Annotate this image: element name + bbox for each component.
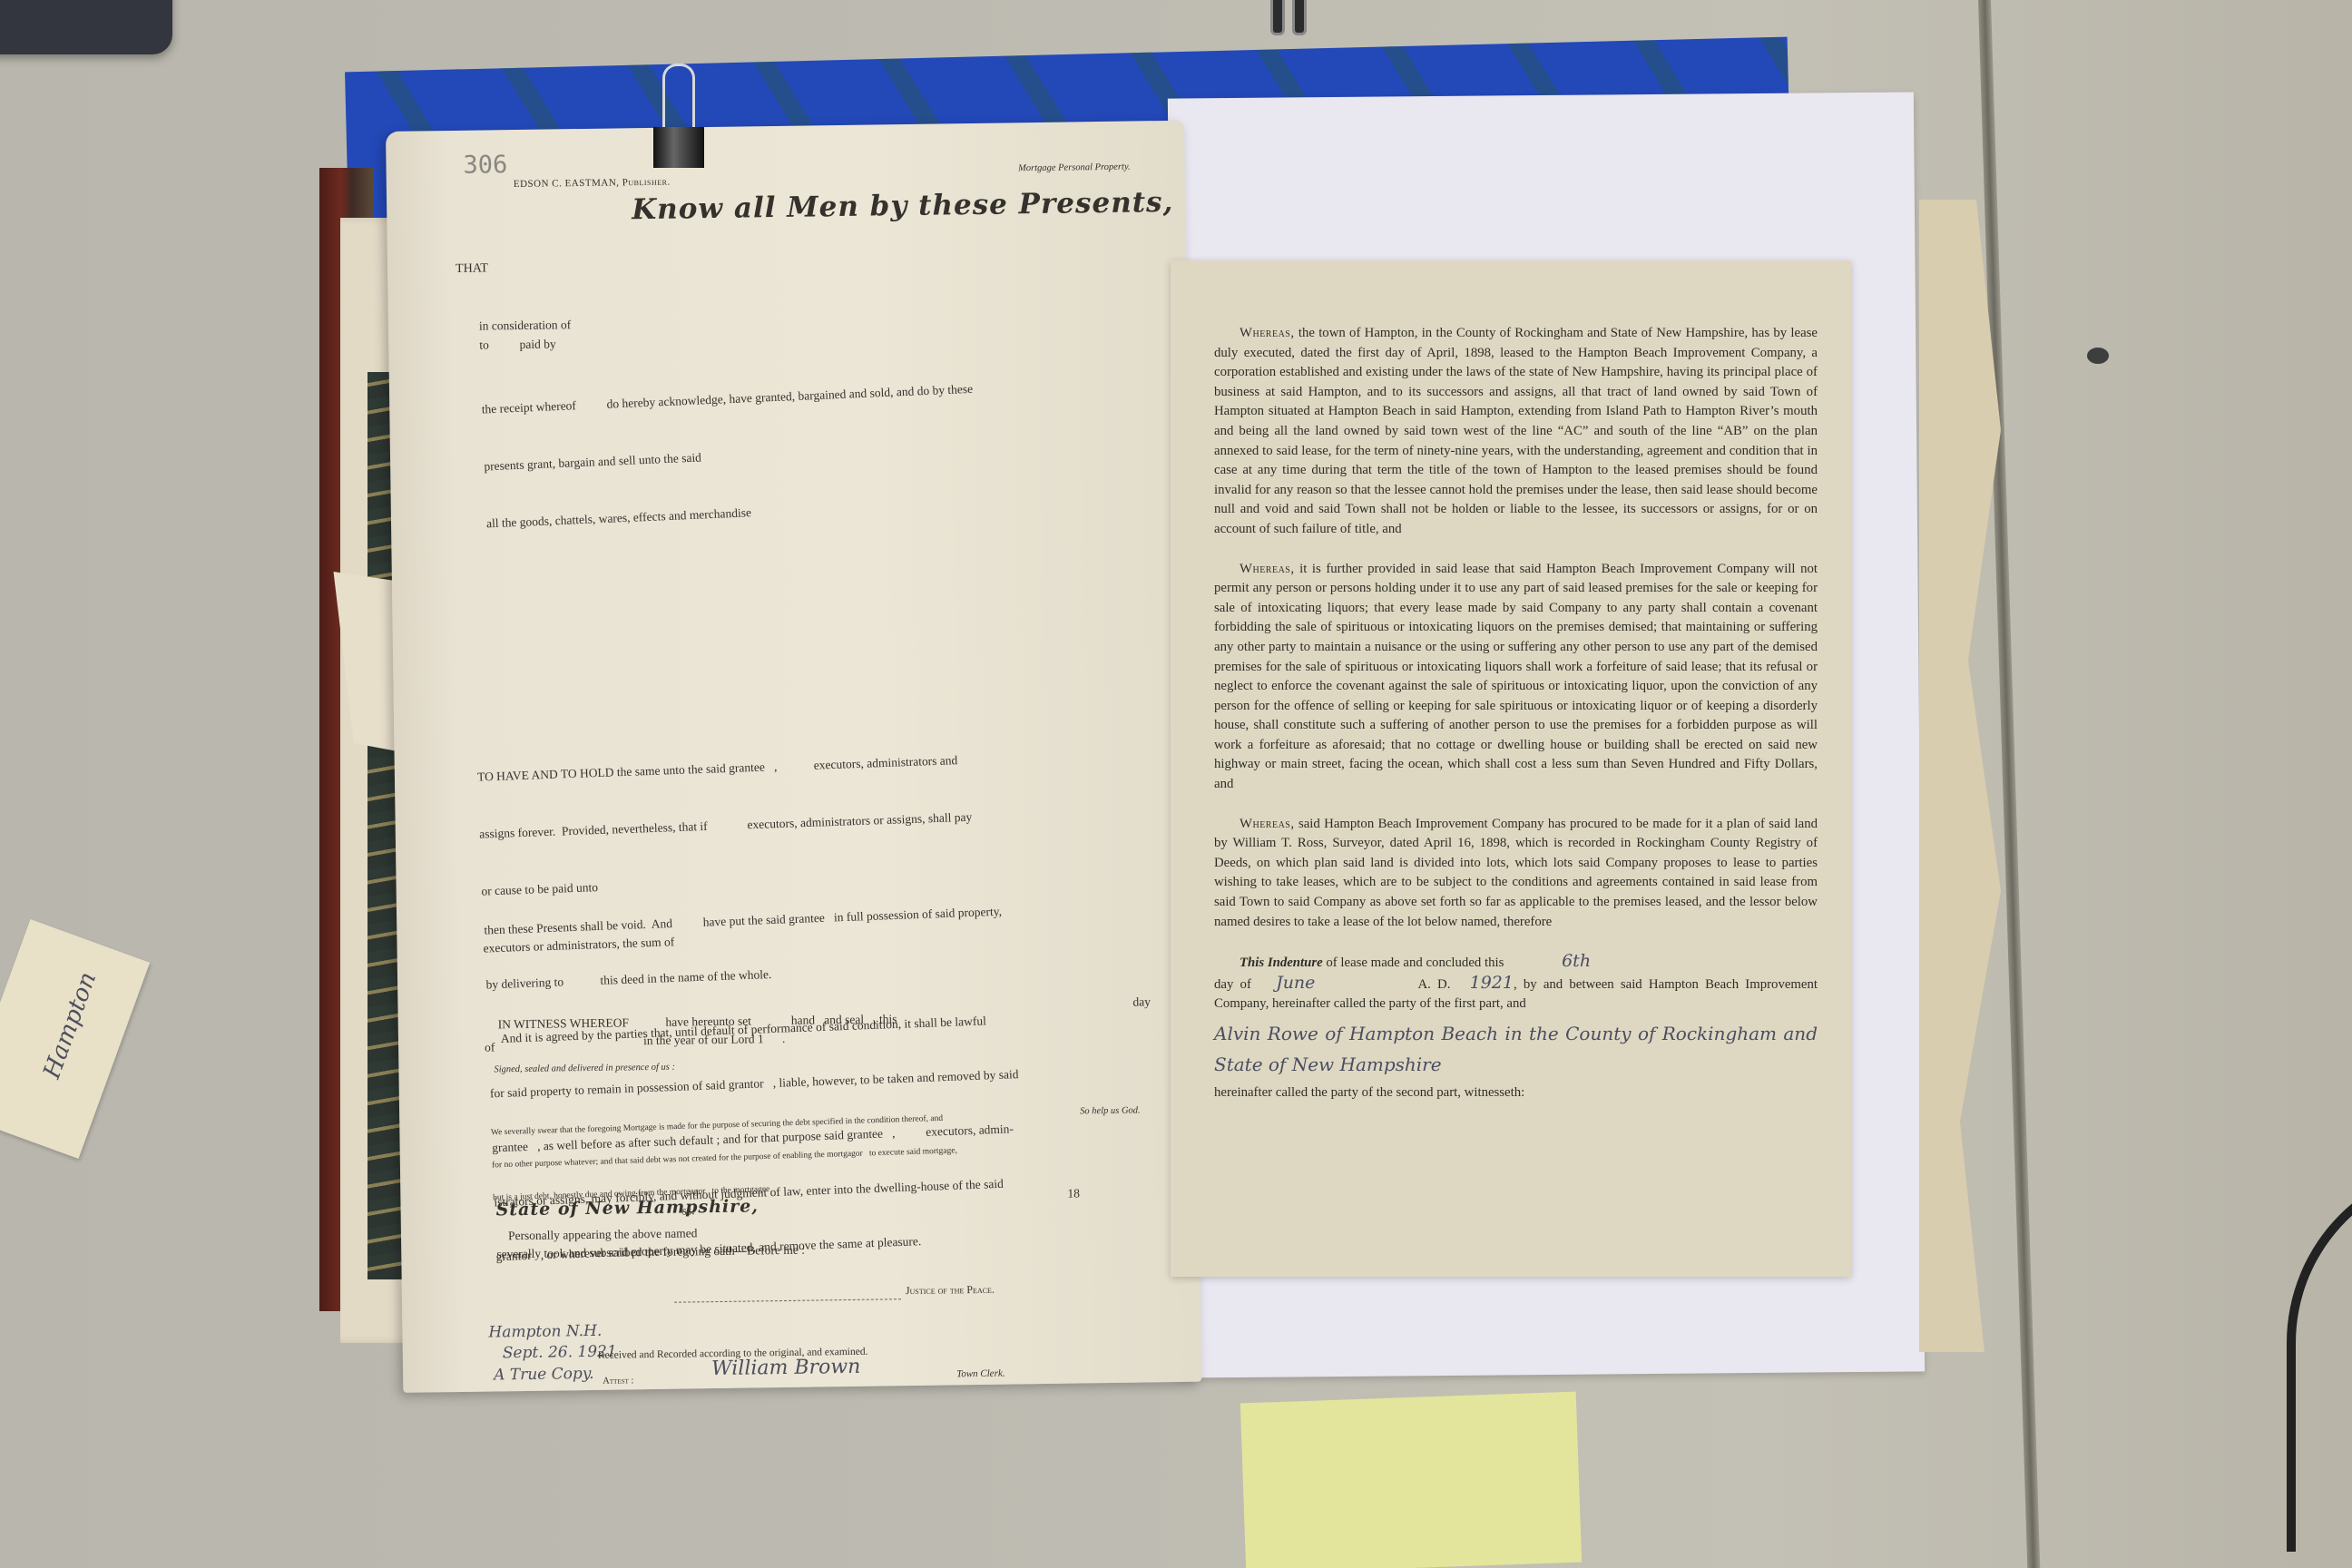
binder-clip-top [1270,0,1370,36]
right-page: Whereas, the town of Hampton, in the Cou… [1171,260,1851,1277]
form-type: Mortgage Personal Property. [1018,158,1131,179]
whereas-lead: Whereas, [1240,562,1295,576]
justice-signature-line [674,1286,901,1302]
whereas-lead: Whereas, [1240,817,1295,831]
table-edge [1978,0,2040,1568]
consideration-line: in consideration of [479,315,572,335]
habendum-line: TO HAVE AND TO HOLD the same unto the sa… [477,743,1167,787]
indenture-text: of lease made and concluded this [1326,955,1504,970]
handwritten-true-copy: A True Copy. [494,1365,594,1386]
whereas-paragraph-1: Whereas, the town of Hampton, in the Cou… [1214,324,1818,540]
page-title: Know all Men by these Presents, [632,193,1173,220]
receipt-line: the receipt whereof do hereby acknowledg… [481,372,1152,419]
indenture-paragraph: This Indenture of lease made and conclud… [1214,952,1818,1102]
day-of-label: day of [1214,977,1251,992]
condition-line: then these Presents shall be void. And h… [484,896,1182,939]
oath-line: for no other purpose whatever; and that … [492,1139,1181,1171]
consideration-block: in consideration of to paid by [479,315,572,354]
lease-text: Whereas, the town of Hampton, in the Cou… [1214,324,1818,1103]
consideration-line: to paid by [479,334,572,354]
handwritten-second-party: Alvin Rowe of Hampton Beach in the Count… [1214,1018,1818,1080]
binder-clip [653,64,708,172]
receipt-block: the receipt whereof do hereby acknowledg… [480,334,1160,572]
page-number: 306 [463,155,507,175]
phone [0,0,172,54]
handwritten-month: June [1276,974,1412,994]
receipt-line: presents grant, bargain and sell unto th… [484,428,1155,475]
witness-of: of [485,1037,495,1056]
witness-day: day [1132,992,1151,1011]
indenture-text: hereinafter called the party of the seco… [1214,1083,1818,1103]
whereas-paragraph-3: Whereas, said Hampton Beach Improvement … [1214,815,1818,933]
habendum-line: assigns forever. Provided, nevertheless,… [479,800,1169,844]
whereas-body: the town of Hampton, in the County of Ro… [1214,326,1818,536]
indenture-lead: This Indenture [1240,955,1323,970]
clerk-signature: William Brown [711,1357,861,1378]
justice-of-the-peace: Justice of the Peace. [906,1280,995,1300]
state-heading: State of New Hampshire, [495,1197,759,1220]
table-hole [2087,348,2109,364]
year-prefix: 18 [1067,1183,1080,1202]
side-note: Hampton [0,919,150,1159]
town-clerk-label: Town Clerk. [956,1365,1005,1385]
inserted-paper-strips [1919,200,2001,1352]
condition-line: by delivering to this deed in the name o… [485,950,1184,994]
whereas-lead: Whereas, [1240,326,1295,340]
whereas-paragraph-2: Whereas, it is further provided in said … [1214,560,1818,795]
whereas-body: said Hampton Beach Improvement Company h… [1214,817,1818,929]
cable [2287,1161,2352,1552]
side-note-text: Hampton [38,968,102,1082]
so-help-us-god: So help us God. [1080,1101,1141,1121]
yellow-sticky-note [1240,1392,1582,1568]
handwritten-day: 6th [1562,951,1591,971]
witness-year: in the year of our Lord 1 . [643,1029,786,1050]
that-label: THAT [456,259,488,278]
oath-line: We severally swear that the foregoing Mo… [491,1106,1181,1139]
handwritten-year: 1921 [1470,973,1514,993]
ss-label: ss. [681,1200,694,1220]
receipt-line: all the goods, chattels, wares, effects … [486,485,1158,533]
whereas-body: it is further provided in said lease tha… [1214,562,1818,792]
left-page: 306 EDSON C. EASTMAN, Publisher. Mortgag… [386,121,1201,1393]
attest-label: Attest : [603,1371,633,1390]
signed-in-presence: Signed, sealed and delivered in presence… [494,1058,675,1080]
publisher: EDSON C. EASTMAN, Publisher. [514,173,671,194]
handwritten-place: Hampton N.H. [488,1322,602,1343]
ad-label: A. D. [1417,977,1450,992]
